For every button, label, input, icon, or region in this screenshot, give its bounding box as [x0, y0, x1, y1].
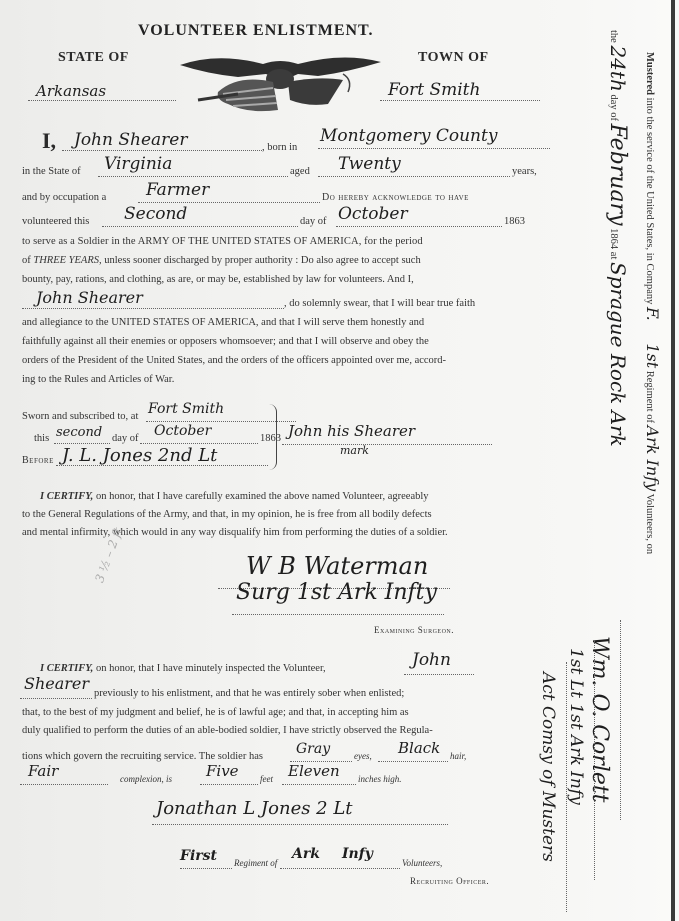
surgeon-cert-text-1: on honor, that I have carefully examined… — [96, 491, 429, 502]
mustered-label: Mustered — [644, 52, 655, 95]
muster-regiment-value: Ark Infy — [643, 426, 662, 492]
signature-mark: mark — [340, 444, 369, 457]
i-label: I, — [42, 128, 56, 154]
of-prefix: of — [22, 255, 31, 266]
volunteers-label: Volunteers, — [402, 858, 442, 868]
town-value: Fort Smith — [388, 80, 480, 100]
born-in-value: Montgomery County — [320, 126, 497, 146]
army-line: to serve as a Soldier in the ARMY OF THE… — [22, 236, 423, 247]
sworn-day-of-label: day of — [112, 433, 139, 444]
age-value: Twenty — [338, 154, 401, 174]
town-of-label: TOWN OF — [418, 50, 489, 66]
day-of-label: day of — [300, 216, 327, 227]
birth-state-value: Virginia — [104, 154, 172, 174]
sworn-day-field[interactable]: second — [54, 429, 110, 444]
recruiter-cert-line-3: that, to the best of my judgment and bel… — [22, 707, 409, 718]
muster-at-label: at — [608, 252, 619, 260]
recruiter-cert-text-1: on honor, that I have minutely inspected… — [96, 663, 326, 674]
born-in-label: , born in — [262, 142, 297, 153]
feet-label: feet — [260, 774, 273, 784]
age-field[interactable]: Twenty — [318, 162, 510, 177]
name-field[interactable]: John Shearer — [62, 136, 262, 151]
mustering-officer-title[interactable]: 1st Lt 1st Ark Infy — [566, 648, 586, 805]
occupation-value: Farmer — [146, 180, 209, 200]
sworn-brace — [268, 404, 277, 470]
before-label: Before — [22, 455, 54, 466]
born-in-field[interactable]: Montgomery County — [318, 134, 550, 149]
before-field[interactable]: J. L. Jones 2nd Lt — [56, 451, 268, 466]
state-field[interactable]: Arkansas — [28, 86, 176, 101]
enlistment-form-page: VOLUNTEER ENLISTMENT. STATE OF TOWN OF A… — [0, 0, 679, 921]
three-years-text: THREE YEARS, — [33, 255, 101, 266]
eyes-label: eyes, — [354, 751, 372, 761]
regiment-of-label: Regiment of — [234, 858, 277, 868]
sworn-place-value: Fort Smith — [148, 401, 224, 417]
oath-line-2: and allegiance to the UNITED STATES OF A… — [22, 317, 424, 328]
recruiter-regiment-number: First — [180, 848, 217, 864]
inspected-first-name: John — [412, 650, 451, 670]
muster-day-value: 24th — [606, 45, 630, 91]
birth-state-field[interactable]: Virginia — [98, 162, 288, 177]
enlist-year: 1863 — [504, 216, 525, 227]
feet-value: Five — [206, 762, 239, 780]
volunteer-signature: John his Shearer — [288, 422, 415, 440]
officer-role-line — [566, 662, 567, 912]
hair-label: hair, — [450, 751, 466, 761]
muster-regiment-number: 1st — [643, 343, 662, 368]
three-years-rest: unless sooner discharged by proper autho… — [104, 255, 420, 266]
sworn-label: Sworn and subscribed to, at — [22, 411, 138, 422]
recruiter-regiment-state: Ark — [292, 846, 320, 862]
complexion-value: Fair — [28, 762, 58, 780]
before-value: J. L. Jones 2nd Lt — [62, 445, 217, 466]
muster-place-value: Sprague Rock Ark — [606, 262, 630, 447]
muster-month-value: February — [605, 124, 630, 226]
oath-line-4: orders of the President of the United St… — [22, 355, 446, 366]
eyes-field[interactable]: Gray — [290, 747, 352, 762]
muster-line-1: Mustered into the service of the United … — [643, 52, 662, 554]
inspected-last-name-field[interactable]: Shearer — [20, 684, 92, 699]
oath-line-3: faithfully against all their enemies or … — [22, 336, 429, 347]
occupation-field[interactable]: Farmer — [138, 188, 320, 203]
name-value: John Shearer — [74, 130, 187, 150]
surgeon-certify-label: I CERTIFY, — [40, 491, 93, 502]
oath-line-1: , do solemnly swear, that I will bear tr… — [284, 298, 475, 309]
inspected-last-name: Shearer — [24, 674, 89, 693]
volunteers-on-label: Volunteers, on — [644, 494, 655, 554]
occupation-label: and by occupation a — [22, 192, 106, 203]
recruiter-cert-line-1: I CERTIFY, on honor, that I have minutel… — [40, 663, 326, 674]
state-of-birth-label: in the State of — [22, 166, 81, 177]
volunteer-signature-field[interactable]: John his Shearer — [282, 430, 492, 445]
officer-title-line — [594, 640, 595, 880]
eyes-value: Gray — [296, 741, 330, 757]
state-of-label: STATE OF — [58, 50, 129, 66]
muster-day-of-label: day of — [608, 94, 619, 121]
recruiter-cert-line-4: duly qualified to perform the duties of … — [22, 725, 433, 736]
town-field[interactable]: Fort Smith — [380, 86, 540, 101]
document-title: VOLUNTEER ENLISTMENT. — [138, 22, 374, 40]
inches-label: inches high. — [358, 774, 402, 785]
enlist-day-field[interactable]: Second — [102, 212, 298, 227]
inspected-first-name-field[interactable]: John — [404, 660, 474, 675]
complexion-label-text: complexion, is — [120, 774, 172, 784]
mustering-officer-role[interactable]: Act Comsy of Musters — [538, 672, 558, 862]
enlist-month-field[interactable]: October — [336, 212, 502, 227]
inches-value: Eleven — [288, 762, 340, 780]
sworn-month-field[interactable]: October — [140, 429, 258, 444]
recruiter-cert-line-5: tions which govern the recruiting servic… — [22, 751, 263, 762]
sworn-day-value: second — [56, 425, 102, 440]
inches-field[interactable]: Eleven — [282, 770, 356, 785]
muster-line-2: the 24th day of February 1864 at Sprague… — [605, 30, 630, 447]
officer-name-line — [620, 620, 621, 820]
muster-regiment-label: Regiment of — [644, 371, 655, 423]
inches-label-text: inches high. — [358, 774, 402, 784]
recruiter-cert-line-2: previously to his enlistment, and that h… — [94, 688, 404, 699]
examining-surgeon-label: Examining Surgeon. — [374, 625, 454, 635]
surgeon-title-field[interactable]: Surg 1st Ark Infty — [232, 600, 444, 615]
oath-line-5: ing to the Rules and Articles of War. — [22, 374, 174, 385]
muster-year: 1864 — [608, 228, 619, 249]
oath-name-field[interactable]: John Shearer — [22, 294, 284, 309]
state-value: Arkansas — [36, 82, 106, 100]
page-margin — [675, 0, 679, 921]
sworn-this-label: this — [34, 433, 49, 444]
surgeon-cert-line-2: to the General Regulations of the Army, … — [22, 509, 432, 520]
sworn-month-value: October — [154, 423, 211, 439]
three-years-line: of THREE YEARS, unless sooner discharged… — [22, 255, 421, 266]
hair-value: Black — [398, 739, 440, 757]
complexion-label: complexion, is — [120, 774, 172, 785]
hair-field[interactable]: Black — [378, 747, 448, 762]
recruiter-regiment-branch: Infy — [342, 846, 373, 862]
muster-the-label: the — [608, 30, 619, 43]
recruiter-certify-label: I CERTIFY, — [40, 663, 93, 674]
muster-into-text: into the service of the United States, — [644, 98, 655, 251]
recruiting-officer-label: Recruiting Officer. — [410, 876, 489, 886]
recruiter-regiment-field[interactable]: Ark Infy — [280, 854, 400, 869]
mustering-officer-name[interactable]: Wm. O. Corlett — [587, 636, 612, 803]
surgeon-title: Surg 1st Ark Infty — [236, 580, 437, 605]
recruiter-signature-field[interactable]: Jonathan L Jones 2 Lt — [152, 810, 448, 825]
eagle-emblem-icon — [178, 52, 383, 112]
bounty-line: bounty, pay, rations, and clothing, as a… — [22, 274, 414, 285]
enlist-day-value: Second — [124, 204, 187, 224]
recruiter-regiment-number-field[interactable]: First — [180, 854, 232, 869]
surgeon-signature: W B Waterman — [246, 552, 428, 580]
feet-field[interactable]: Five — [200, 770, 258, 785]
acknowledge-text: Do hereby acknowledge to have — [322, 192, 469, 203]
enlist-month-value: October — [338, 204, 408, 224]
complexion-field[interactable]: Fair — [20, 770, 108, 785]
company-value: F. — [643, 307, 662, 321]
recruiter-signature: Jonathan L Jones 2 Lt — [156, 798, 353, 819]
in-company-label: in Company — [644, 253, 655, 305]
surgeon-cert-line-1: I CERTIFY, on honor, that I have careful… — [40, 491, 429, 502]
aged-label: aged — [290, 166, 310, 177]
years-label: years, — [512, 166, 537, 177]
oath-name-value: John Shearer — [36, 288, 143, 307]
surgeon-cert-line-3: and mental infirmity, which would in any… — [22, 527, 448, 538]
volunteered-label: volunteered this — [22, 216, 89, 227]
